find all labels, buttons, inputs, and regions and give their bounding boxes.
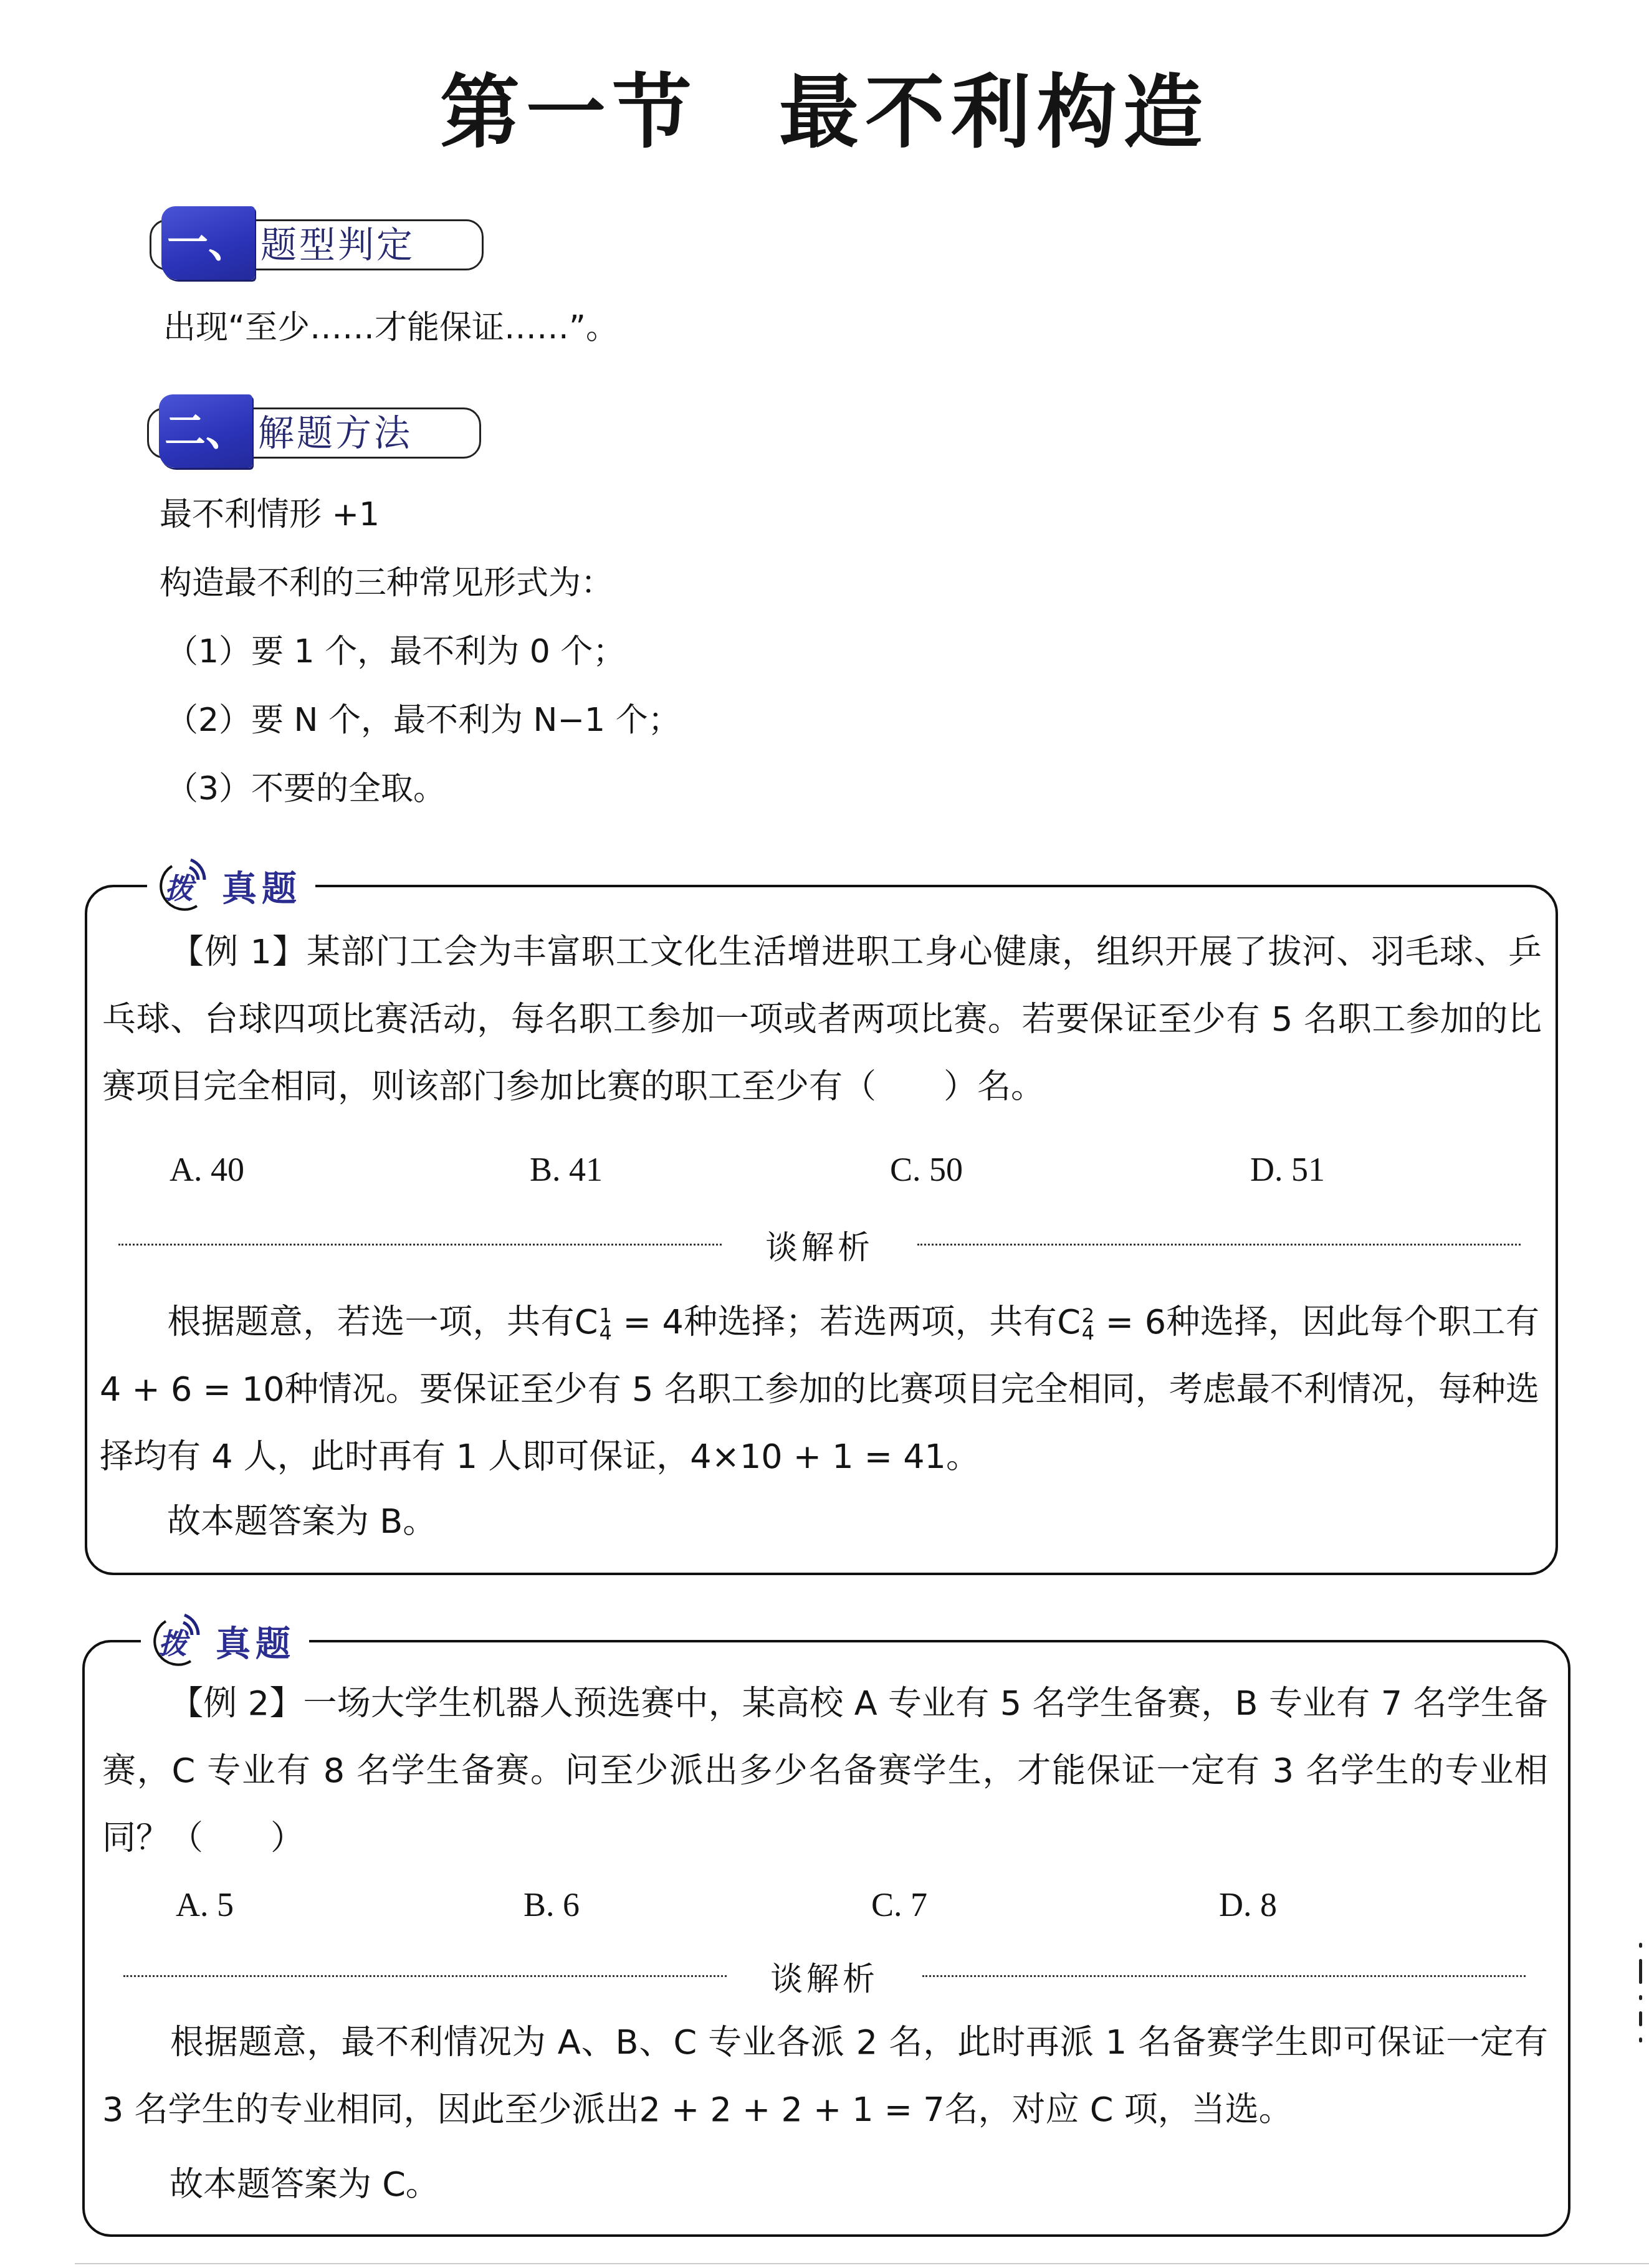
section-badge-1: 一、 题型判定 [150, 219, 484, 270]
choice-b: B. 41 [530, 1150, 890, 1189]
page-edge-marks [1638, 1932, 1643, 2056]
analysis-text: 根据题意，最不利情况为 A、B、C 专业各派 2 名，此时再派 1 名备赛学生即… [102, 2009, 1548, 2143]
analysis-divider: 谈解析 [118, 1221, 1521, 1268]
section-badge-2: 二、 解题方法 [147, 407, 481, 459]
question-header: 拨 真题 [147, 855, 315, 917]
method-list-item: （3）不要的全取。 [166, 770, 446, 808]
analysis-label: 谈解析 [727, 1953, 922, 1999]
method-list-item: （1）要 1 个，最不利为 0 个； [166, 633, 625, 670]
dial-icon: 拨 [147, 1610, 209, 1672]
question-stem: 【例 2】一场大学生机器人预选赛中，某高校 A 专业有 5 名学生备赛，B 专业… [102, 1670, 1548, 1872]
choice-d: D. 51 [1250, 1150, 1610, 1189]
section-heading: 解题方法 [258, 409, 413, 457]
analysis-label: 谈解析 [722, 1221, 917, 1268]
analysis-divider: 谈解析 [123, 1953, 1526, 1999]
svg-text:拨: 拨 [158, 1627, 191, 1660]
method-line: 最不利情形 +1 [160, 496, 380, 533]
dial-icon: 拨 [153, 855, 216, 917]
question-header: 拨 真题 [141, 1610, 309, 1672]
choice-c: C. 50 [890, 1150, 1250, 1189]
section-1-text: 出现“至少……才能保证……”。 [163, 309, 618, 346]
svg-text:拨: 拨 [165, 872, 197, 905]
answer-conclusion: 故本题答案为 C。 [102, 2151, 1548, 2218]
chapter-number: 第一节 [440, 67, 698, 160]
section-number-badge: 一、 [161, 206, 255, 280]
answer-choices: A. 5 B. 6 C. 7 D. 8 [176, 1885, 1567, 1924]
page-title: 第一节最不利构造 [0, 49, 1649, 163]
question-stem: 【例 1】某部门工会为丰富职工文化生活增进职工身心健康，组织开展了拔河、羽毛球、… [102, 918, 1542, 1120]
section-heading: 题型判定 [260, 221, 415, 269]
analysis-text: 根据题意，若选一项，共有C14 = 4种选择；若选两项，共有C24 = 6种选择… [100, 1289, 1539, 1490]
choice-b: B. 6 [523, 1885, 871, 1924]
choice-c: C. 7 [871, 1885, 1219, 1924]
choice-a: A. 5 [176, 1885, 523, 1924]
question-header-label: 真题 [216, 1616, 295, 1666]
method-line: 构造最不利的三种常见形式为： [160, 565, 613, 602]
answer-choices: A. 40 B. 41 C. 50 D. 51 [170, 1150, 1610, 1189]
page-bottom-rule [75, 2263, 1649, 2264]
chapter-title: 最不利构造 [779, 67, 1209, 160]
choice-a: A. 40 [170, 1150, 530, 1189]
answer-conclusion: 故本题答案为 B。 [100, 1488, 1539, 1555]
question-header-label: 真题 [222, 861, 302, 911]
method-list-item: （2）要 N 个，最不利为 N−1 个； [166, 702, 681, 739]
section-number-badge: 二、 [159, 394, 252, 468]
choice-d: D. 8 [1219, 1885, 1567, 1924]
